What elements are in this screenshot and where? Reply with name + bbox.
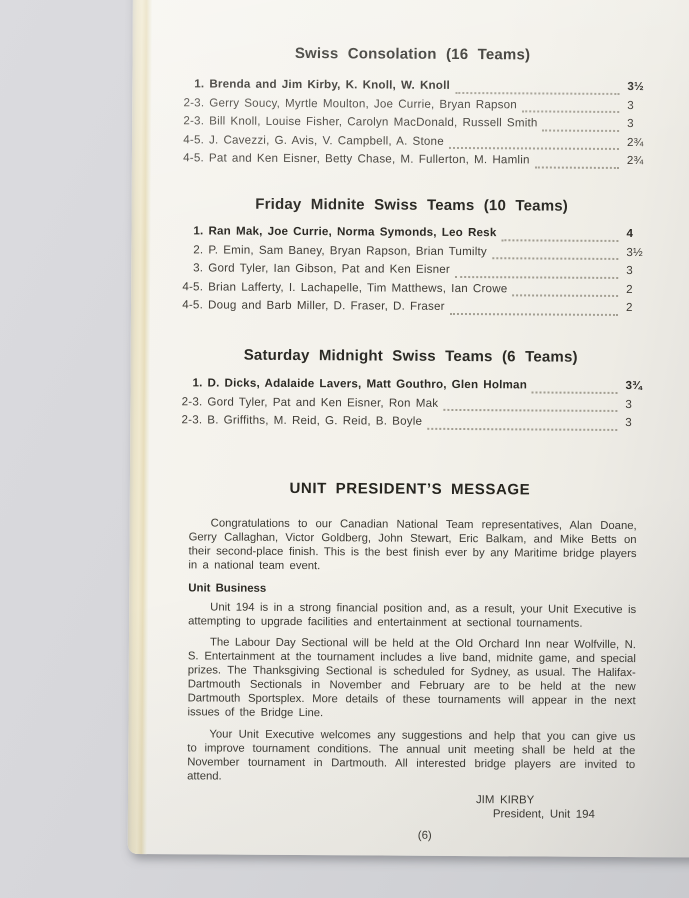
team-names: D. Dicks, Adalaide Lavers, Matt Gouthro,… [208,376,528,391]
dotted-leader [512,295,618,298]
rank: 2-3. [170,413,202,426]
page-number: (6) [128,827,688,844]
team-names: Gord Tyler, Ian Gibson, Pat and Ken Eisn… [208,262,450,276]
dotted-leader [543,129,620,131]
section-title: Saturday Midnight Swiss Teams (6 Teams) [131,346,689,367]
team-names: Pat and Ken Eisner, Betty Chase, M. Full… [209,152,530,167]
dotted-leader [450,313,618,316]
team-names: B. Griffiths, M. Reid, G. Reid, B. Boyle [207,414,422,428]
signature-title: President, Unit 194 [493,808,688,823]
dotted-leader [449,147,619,150]
signature-name: JIM KIRBY [476,794,688,809]
dotted-leader [535,166,619,169]
dotted-leader [455,92,619,95]
score: 3½ [627,80,667,93]
rank: 4-5. [171,280,203,293]
dotted-leader [501,239,618,242]
team-names: P. Emin, Sam Baney, Bryan Rapson, Brian … [208,243,487,258]
team-names: Brian Lafferty, I. Lachapelle, Tim Matth… [208,280,507,295]
signature-block: JIM KIRBY President, Unit 194 [476,794,688,822]
message-heading: UNIT PRESIDENT’S MESSAGE [130,480,689,499]
rank: 1. [171,224,203,237]
message-paragraph: The Labour Day Sectional will be held at… [187,635,636,722]
results-section-swiss-consolation: Swiss Consolation (16 Teams) 1. Brenda a… [132,44,689,173]
results-rows: 1. D. Dicks, Adalaide Lavers, Matt Gouth… [170,376,665,435]
rank: 2-3. [172,96,204,109]
result-row: 4-5. Pat and Ken Eisner, Betty Chase, M.… [172,152,667,174]
score: 3 [627,117,667,130]
document-page: Swiss Consolation (16 Teams) 1. Brenda a… [128,0,689,858]
team-names: Bill Knoll, Louise Fisher, Carolyn MacDo… [209,115,538,130]
results-section-saturday-midnight: Saturday Midnight Swiss Teams (6 Teams) … [130,346,689,435]
score: 4 [626,227,666,240]
team-names: Ran Mak, Joe Currie, Norma Symonds, Leo … [208,224,496,239]
rank: 4-5. [172,152,204,165]
results-rows: 1. Ran Mak, Joe Currie, Norma Symonds, L… [171,224,667,320]
dotted-leader [443,409,617,412]
rank: 4-5. [172,133,204,146]
score: 2¾ [627,154,667,167]
team-names: J. Cavezzi, G. Avis, V. Campbell, A. Sto… [209,133,444,147]
score: 3 [626,264,666,277]
section-title: Swiss Consolation (16 Teams) [133,44,689,65]
score: 2 [626,283,666,296]
score: 3 [625,398,665,411]
result-row: 4-5. Doug and Barb Miller, D. Fraser, D.… [171,299,666,321]
team-names: Gerry Soucy, Myrtle Moulton, Joe Currie,… [209,96,517,111]
dotted-leader [532,391,618,394]
rank: 1. [171,376,203,389]
score: 2 [626,301,666,314]
message-paragraph: Unit 194 is in a strong financial positi… [188,600,636,631]
rank: 4-5. [171,299,203,312]
message-paragraph: Your Unit Executive welcomes any suggest… [187,727,635,786]
section-title: Friday Midnite Swiss Teams (10 Teams) [132,195,689,216]
team-names: Doug and Barb Miller, D. Fraser, D. Fras… [208,299,445,313]
rank: 3. [171,261,203,274]
score: 3½ [626,246,666,259]
president-message-section: UNIT PRESIDENT’S MESSAGE Congratulations… [128,480,689,844]
score: 2¾ [627,136,667,149]
team-names: Brenda and Jim Kirby, K. Knoll, W. Knoll [209,77,450,91]
score: 3¾ [626,379,666,392]
rank: 2-3. [170,395,202,408]
results-section-friday-midnite: Friday Midnite Swiss Teams (10 Teams) 1.… [131,195,689,320]
message-subheading: Unit Business [188,581,689,598]
rank: 2-3. [172,114,204,127]
scanner-background: Swiss Consolation (16 Teams) 1. Brenda a… [0,0,689,898]
dotted-leader [427,428,617,431]
team-names: Gord Tyler, Pat and Ken Eisner, Ron Mak [207,395,438,409]
results-rows: 1. Brenda and Jim Kirby, K. Knoll, W. Kn… [172,77,668,173]
result-row: 2-3. B. Griffiths, M. Reid, G. Reid, B. … [170,413,665,435]
dotted-leader [492,257,618,260]
score: 3 [625,416,665,429]
dotted-leader [522,111,619,114]
message-paragraph: Congratulations to our Canadian National… [188,516,636,575]
score: 3 [627,99,667,112]
dotted-leader [455,276,618,279]
rank: 2. [171,243,203,256]
rank: 1. [172,77,204,90]
page-content: Swiss Consolation (16 Teams) 1. Brenda a… [128,0,689,858]
